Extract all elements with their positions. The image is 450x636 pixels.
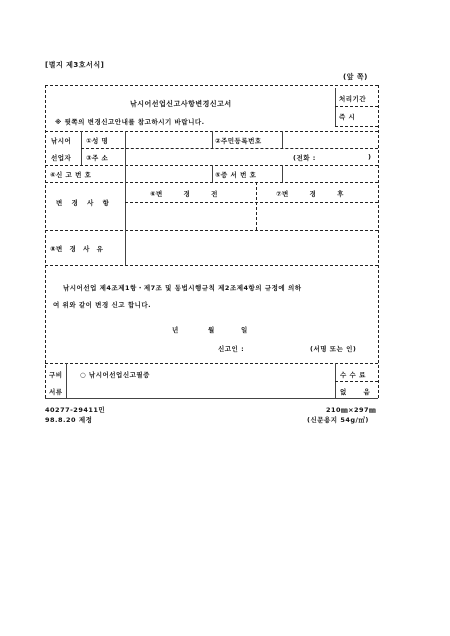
date-year-label: 년 (172, 325, 179, 334)
name-label: ①성 명 (86, 136, 108, 145)
reason-field[interactable] (127, 232, 376, 263)
signature-label: (서명 또는 인) (310, 344, 356, 353)
certificate-number-field[interactable] (284, 167, 376, 180)
enacted-date: 98.8.20 제정 (45, 415, 92, 424)
paper-size: 210㎜×297㎜ (326, 405, 376, 414)
changes-section-label: 변 경 사 항 (56, 198, 109, 207)
attachments-label-2: 서류 (49, 387, 63, 396)
phone-close: ) (368, 153, 371, 161)
reference-note: ※ 뒷쪽의 변경신고안내를 참고하시기 바랍니다. (55, 117, 205, 126)
processing-period-value: 즉 시 (339, 112, 374, 121)
attachments-label-1: 구비 (49, 370, 63, 379)
attachment-item: ○ 낚시어선업신고필증 (80, 370, 150, 379)
date-day-label: 일 (241, 325, 248, 334)
processing-period-label: 처리기간 (339, 94, 366, 103)
reporter-label: 신고인 : (218, 344, 244, 353)
address-label: ③주 소 (86, 153, 108, 162)
form-title: 낚시어선업신고사항변경신고서 (130, 99, 232, 109)
after-change-field[interactable] (258, 204, 376, 228)
address-field[interactable] (127, 150, 287, 163)
after-change-label: ⑦변 경 후 (276, 189, 344, 198)
applicant-group-label-1: 낚시어 (51, 136, 71, 145)
reporter-field[interactable] (250, 341, 305, 353)
report-number-field[interactable] (127, 167, 210, 180)
before-change-label: ⑥변 경 전 (150, 189, 218, 198)
certificate-number-label: ⑤증 서 번 호 (215, 170, 256, 179)
declaration-line-1: 낚시어선업 제4조제1항・제7조 및 동법시행규칙 제2조제4항의 규정에 의하 (63, 283, 302, 292)
reason-label: ⑧변 경 사 유 (50, 244, 103, 253)
report-number-label: ④신 고 번 호 (50, 170, 91, 179)
phone-label: (전화 : (293, 153, 316, 162)
fee-value: 없 음 (340, 387, 370, 396)
resident-number-label: ②주민등록번호 (215, 136, 262, 145)
form-number: [별지 제3호서식] (45, 60, 104, 70)
phone-field[interactable] (322, 150, 364, 163)
resident-number-field[interactable] (284, 133, 376, 146)
applicant-group-label-2: 선업자 (51, 153, 71, 162)
name-field[interactable] (127, 133, 210, 146)
form-code: 40277-29411민 (45, 405, 105, 414)
fee-label: 수 수 료 (340, 370, 366, 379)
page-side-label: (앞 쪽) (343, 72, 368, 82)
before-change-field[interactable] (127, 204, 254, 228)
paper-spec: (신문용지 54g/㎡) (307, 415, 369, 424)
declaration-line-2: 여 위와 같이 변경 신고 합니다. (53, 300, 151, 309)
date-month-label: 월 (208, 325, 215, 334)
